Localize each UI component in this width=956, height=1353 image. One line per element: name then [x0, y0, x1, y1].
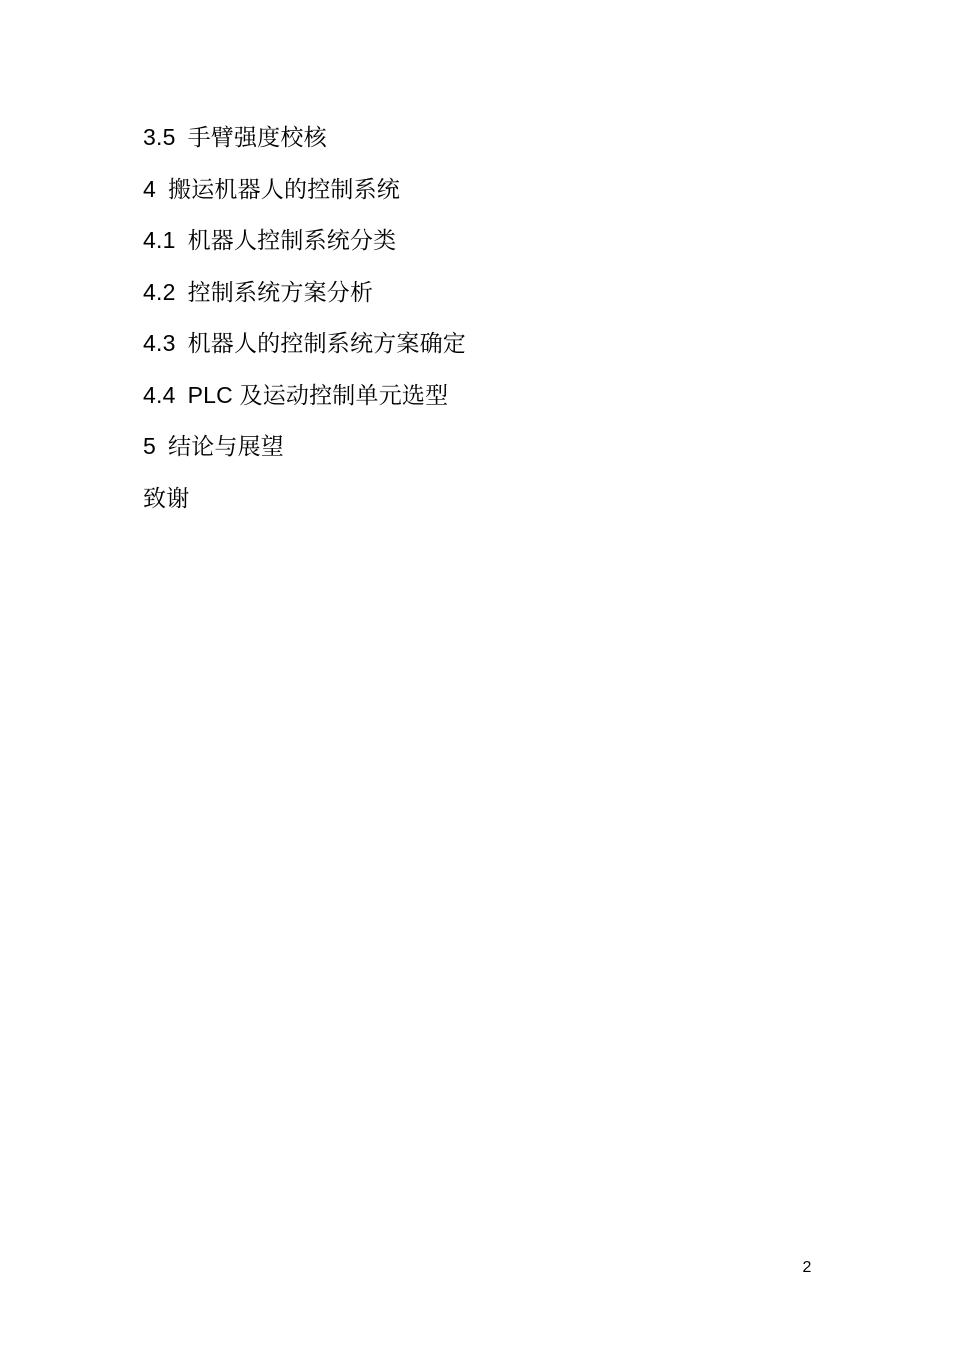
toc-entry: 4搬运机器人的控制系统 — [143, 164, 466, 216]
toc-entry: 4.4PLC 及运动控制单元选型 — [143, 370, 466, 422]
toc-entry-title: 搬运机器人的控制系统 — [168, 164, 400, 216]
toc-entry: 3.5手臂强度校核 — [143, 112, 466, 164]
toc-entry-number: 4.4 — [143, 370, 176, 422]
toc-entry-title: 控制系统方案分析 — [188, 267, 374, 319]
toc-entry-number: 4 — [143, 164, 156, 216]
page-number: 2 — [800, 1260, 814, 1276]
toc-entry-number: 4.2 — [143, 267, 176, 319]
toc-entry-title: 结论与展望 — [168, 421, 284, 473]
document-page: 3.5手臂强度校核 4搬运机器人的控制系统 4.1机器人控制系统分类 4.2控制… — [0, 0, 956, 1353]
toc-entry-title: 机器人控制系统分类 — [188, 215, 397, 267]
toc-entry-number: 3.5 — [143, 112, 176, 164]
toc-entry: 4.1机器人控制系统分类 — [143, 215, 466, 267]
toc-entry-title: 手臂强度校核 — [188, 112, 327, 164]
toc-entry-number: 5 — [143, 421, 156, 473]
toc-entry: 4.3机器人的控制系统方案确定 — [143, 318, 466, 370]
toc-entry-title: 致谢 — [143, 473, 189, 525]
toc-entry: 4.2控制系统方案分析 — [143, 267, 466, 319]
toc-entry-title: 机器人的控制系统方案确定 — [188, 318, 466, 370]
toc-entry-number: 4.1 — [143, 215, 176, 267]
toc-entry-number: 4.3 — [143, 318, 176, 370]
toc-entry: 5结论与展望 — [143, 421, 466, 473]
toc-entry: 致谢 — [143, 473, 466, 525]
table-of-contents: 3.5手臂强度校核 4搬运机器人的控制系统 4.1机器人控制系统分类 4.2控制… — [143, 112, 466, 524]
toc-entry-title: PLC 及运动控制单元选型 — [188, 370, 449, 422]
